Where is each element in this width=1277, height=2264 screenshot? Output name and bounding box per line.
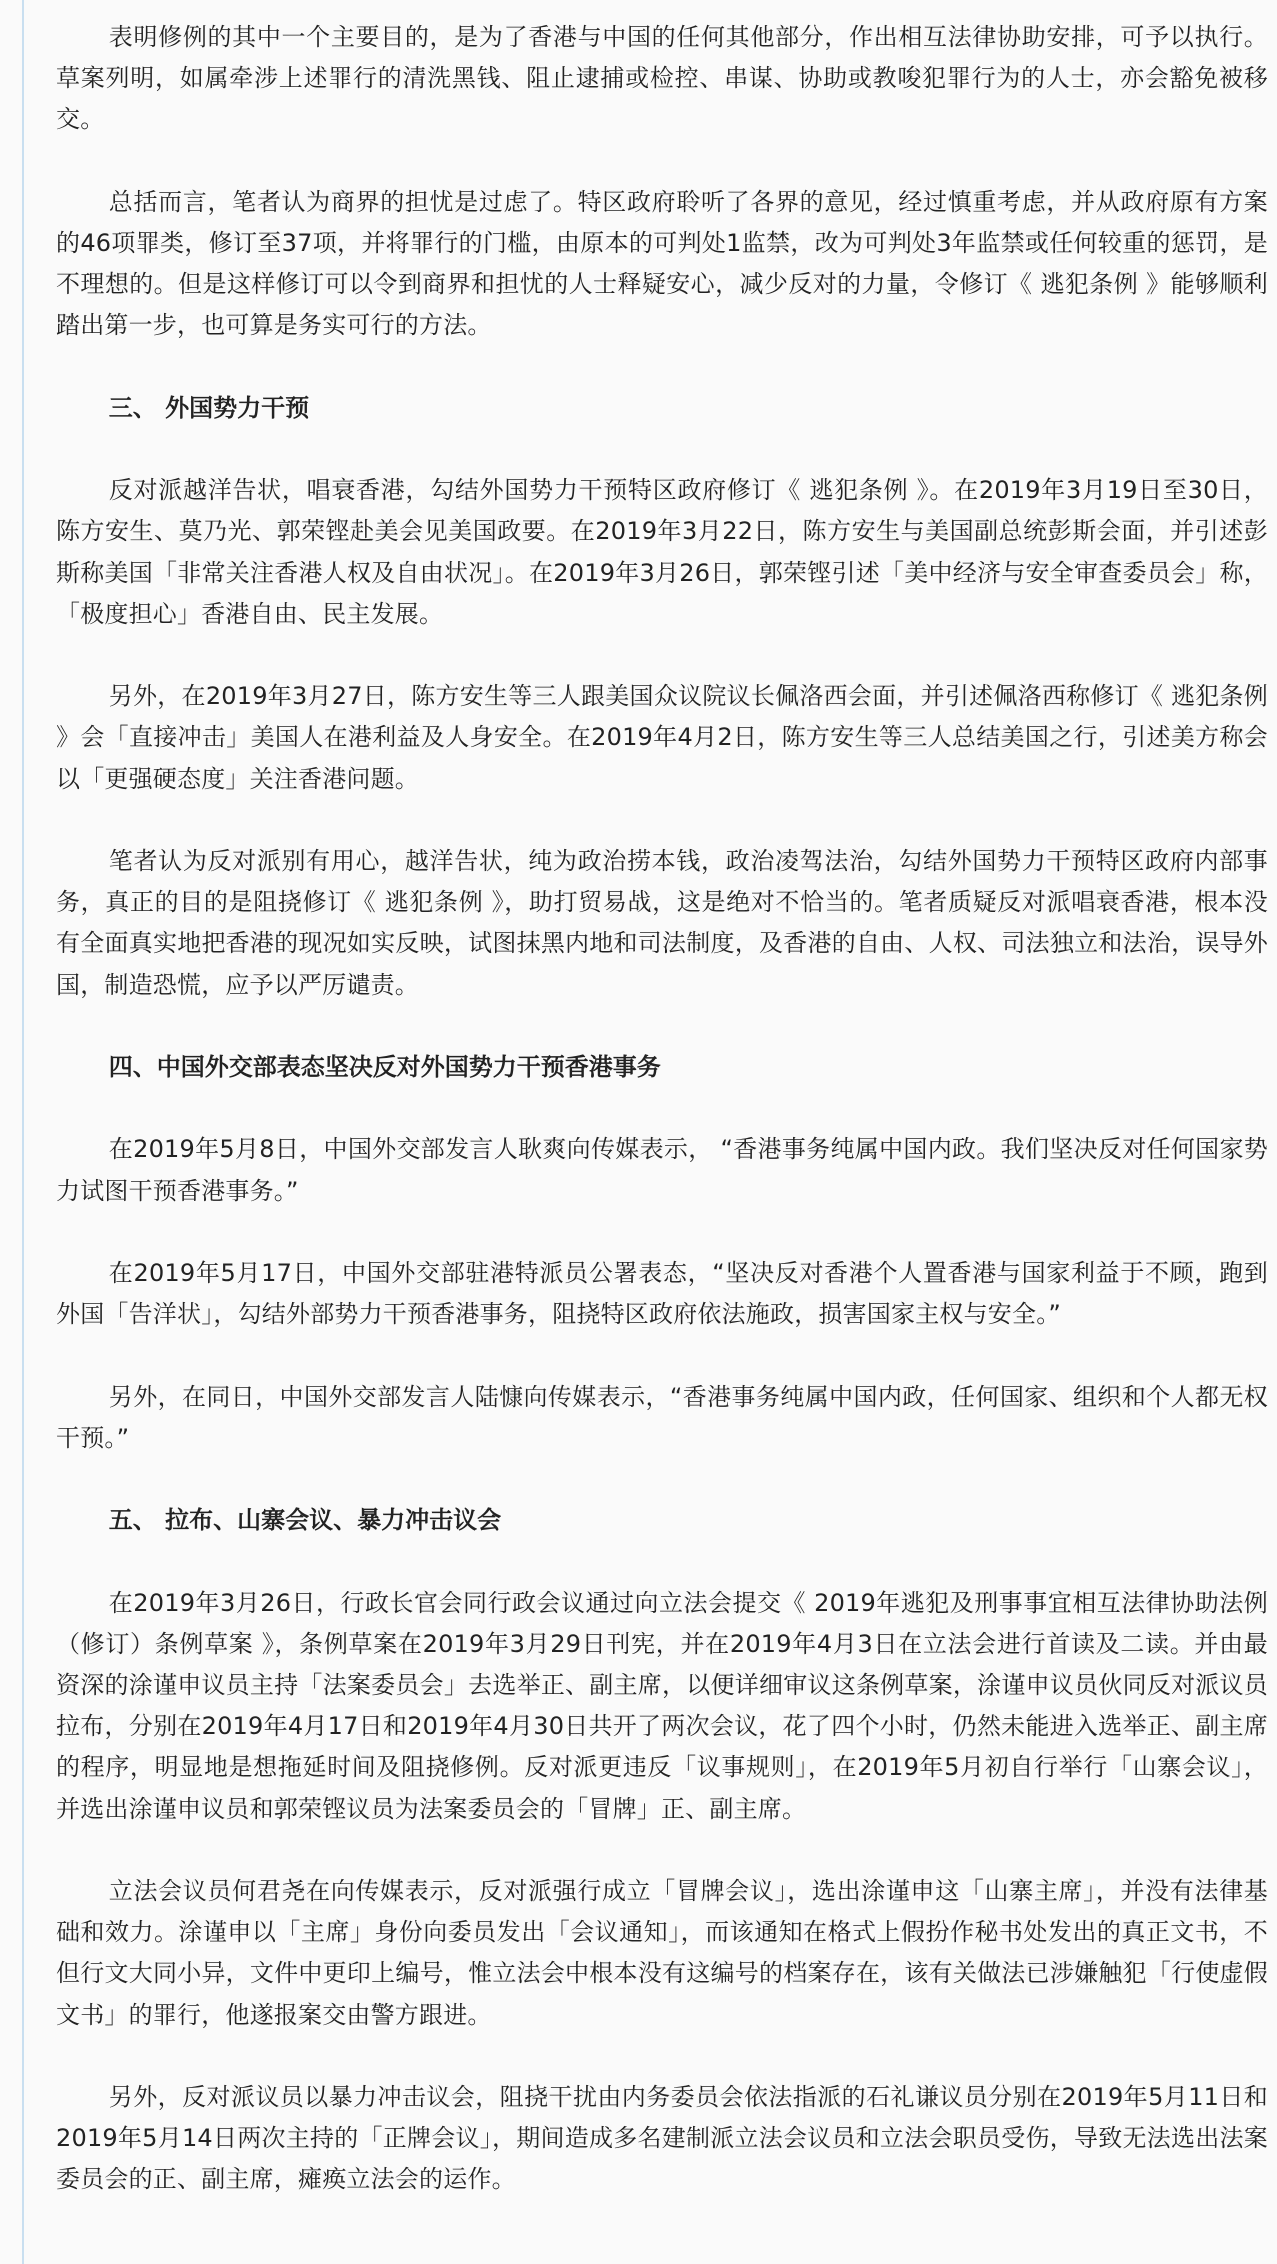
article-body: 表明修例的其中一个主要目的，是为了香港与中国的任何其他部分，作出相互法律协助安排… (56, 17, 1268, 2242)
paragraph: 另外，在同日，中国外交部发言人陆慷向传媒表示，“香港事务纯属中国内政，任何国家、… (56, 1377, 1268, 1459)
paragraph: 笔者认为反对派别有用心，越洋告状，纯为政治捞本钱，政治凌驾法治，勾结外国势力干预… (56, 841, 1268, 1006)
paragraph: 表明修例的其中一个主要目的，是为了香港与中国的任何其他部分，作出相互法律协助安排… (56, 17, 1268, 141)
left-border-rule (22, 0, 24, 2264)
paragraph: 反对派越洋告状，唱衰香港，勾结外国势力干预特区政府修订《 逃犯条例 》。在201… (56, 470, 1268, 635)
paragraph: 另外，在2019年3月27日，陈方安生等三人跟美国众议院议长佩洛西会面，并引述佩… (56, 676, 1268, 800)
section-heading: 三、 外国势力干预 (56, 388, 1268, 429)
paragraph: 立法会议员何君尧在向传媒表示，反对派强行成立「冒牌会议」，选出涂谨申这「山寨主席… (56, 1871, 1268, 2036)
paragraph: 在2019年3月26日，行政长官会同行政会议通过向立法会提交《 2019年逃犯及… (56, 1583, 1268, 1830)
paragraph: 在2019年5月17日，中国外交部驻港特派员公署表态，“坚决反对香港个人置香港与… (56, 1253, 1268, 1335)
section-heading: 四、中国外交部表态坚决反对外国势力干预香港事务 (56, 1047, 1268, 1088)
section-heading: 五、 拉布、山寨会议、暴力冲击议会 (56, 1500, 1268, 1541)
paragraph: 总括而言，笔者认为商界的担忧是过虑了。特区政府聆听了各界的意见，经过慎重考虑，并… (56, 182, 1268, 347)
paragraph: 在2019年5月8日，中国外交部发言人耿爽向传媒表示， “香港事务纯属中国内政。… (56, 1129, 1268, 1211)
paragraph: 另外，反对派议员以暴力冲击议会，阻挠干扰由内务委员会依法指派的石礼谦议员分别在2… (56, 2077, 1268, 2201)
